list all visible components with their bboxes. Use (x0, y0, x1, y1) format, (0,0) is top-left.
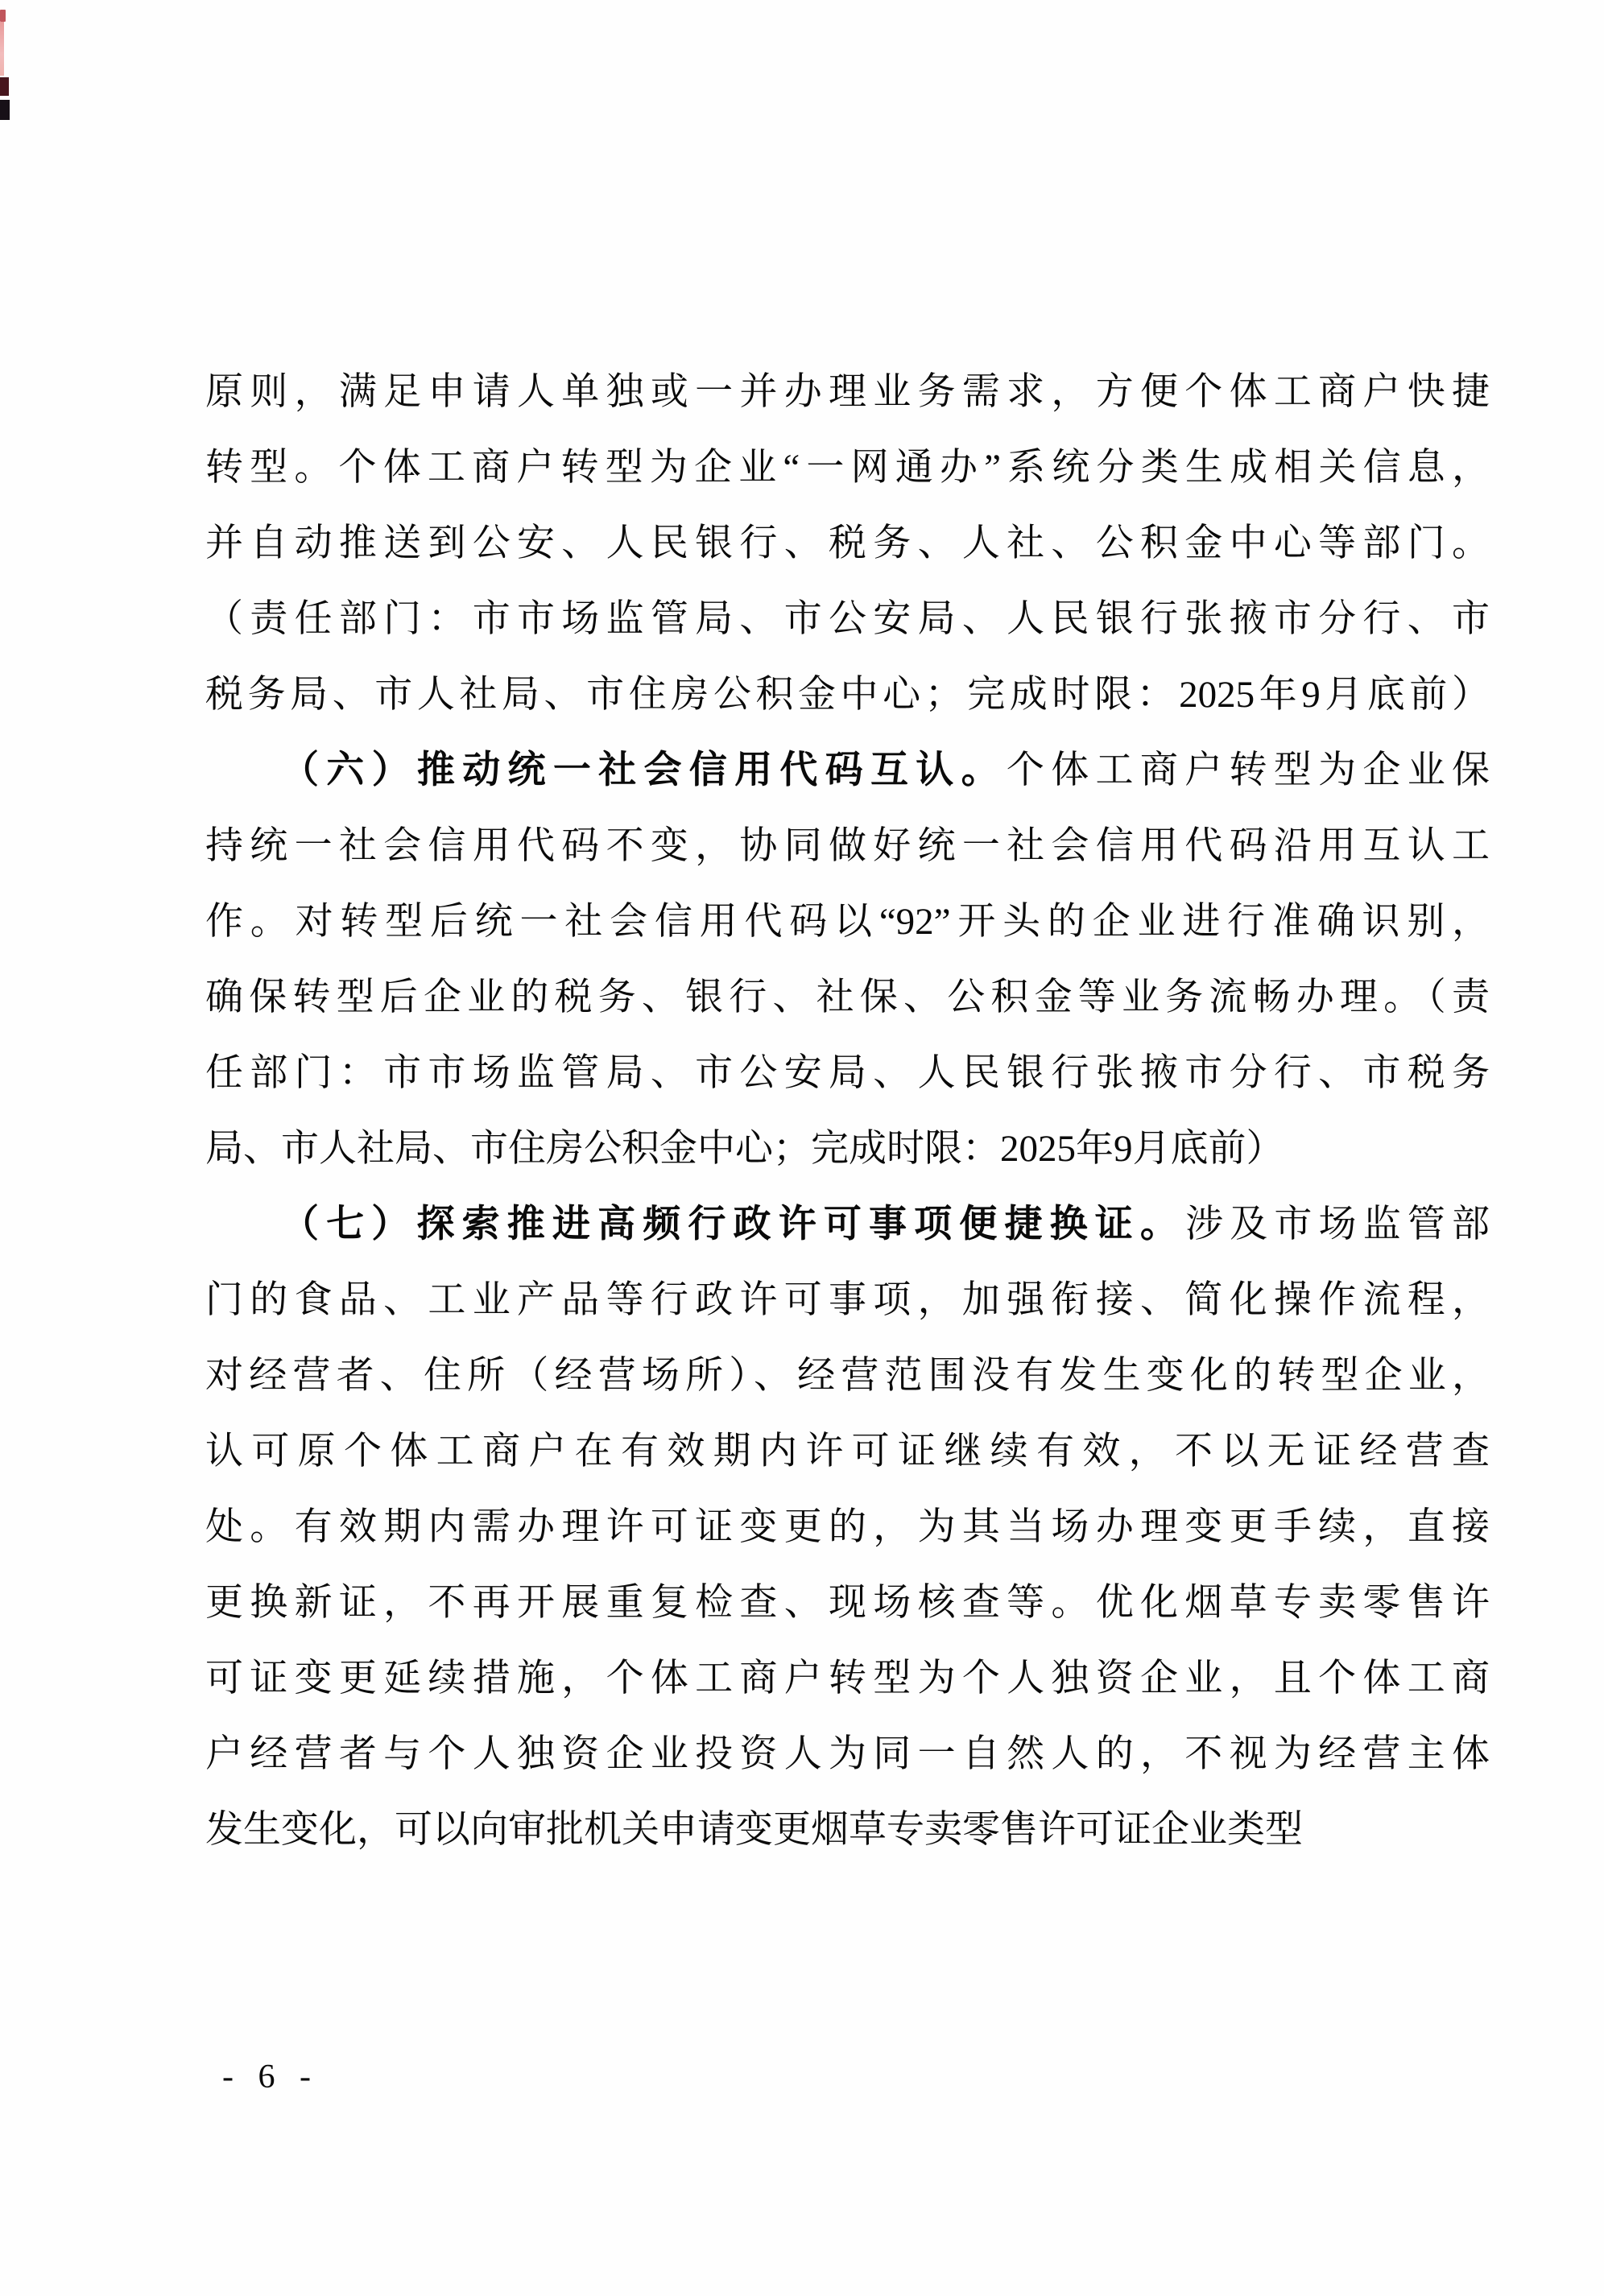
text-line: 原则，满足申请人单独或一并办理业务需求，方便个体工商户快捷 (205, 354, 1490, 430)
document-page: 原则，满足申请人单独或一并办理业务需求，方便个体工商户快捷转型。个体工商户转型为… (0, 0, 1604, 2296)
text-line: 门的食品、工业产品等行政许可事项，加强衔接、简化操作流程， (205, 1262, 1490, 1338)
body-text: 发生变化，可以向审批机关申请变更烟草专卖零售许可证企业类型 (205, 1809, 1303, 1851)
text-line: 持统一社会信用代码不变，协同做好统一社会信用代码沿用互认工 (205, 808, 1490, 884)
body-text: 涉及市场监管部 (1185, 1204, 1490, 1245)
text-line: 户经营者与个人独资企业投资人为同一自然人的，不视为经营主体 (205, 1716, 1490, 1792)
scan-edge-artifacts (0, 0, 16, 242)
dark-red-binding-mark-icon (0, 77, 9, 96)
body-text: 门的食品、工业产品等行政许可事项，加强衔接、简化操作流程， (205, 1279, 1490, 1321)
text-line: 转型。个体工商户转型为企业“一网通办”系统分类生成相关信息， (205, 430, 1490, 506)
text-line: 并自动推送到公安、人民银行、税务、人社、公积金中心等部门。 (205, 506, 1490, 581)
body-text: 持统一社会信用代码不变，协同做好统一社会信用代码沿用互认工 (205, 825, 1490, 867)
body-text: 可证变更延续措施，个体工商户转型为个人独资企业，且个体工商 (205, 1658, 1490, 1699)
black-binding-mark-icon (0, 100, 10, 120)
text-block: 原则，满足申请人单独或一并办理业务需求，方便个体工商户快捷转型。个体工商户转型为… (205, 354, 1490, 1868)
body-text: 原则，满足申请人单独或一并办理业务需求，方便个体工商户快捷 (205, 371, 1490, 413)
body-text: 作。对转型后统一社会信用代码以“92”开头的企业进行准确识别， (205, 901, 1490, 943)
body-text: 户经营者与个人独资企业投资人为同一自然人的，不视为经营主体 (205, 1733, 1490, 1775)
text-line: 可证变更延续措施，个体工商户转型为个人独资企业，且个体工商 (205, 1641, 1490, 1716)
text-line: 更换新证，不再开展重复检查、现场核查等。优化烟草专卖零售许 (205, 1565, 1490, 1641)
page-number: - 6 - (222, 2058, 319, 2096)
text-line: 处。有效期内需办理许可证变更的，为其当场办理变更手续，直接 (205, 1489, 1490, 1565)
text-line: 对经营者、住所（经营场所）、经营范围没有发生变化的转型企业， (205, 1338, 1490, 1414)
text-line: （责任部门：市市场监管局、市公安局、人民银行张掖市分行、市 (205, 581, 1490, 657)
pink-stamp-strip-icon (0, 22, 4, 76)
body-text: 转型。个体工商户转型为企业“一网通办”系统分类生成相关信息， (205, 447, 1490, 489)
body-text: 对经营者、住所（经营场所）、经营范围没有发生变化的转型企业， (205, 1355, 1490, 1397)
body-text: 个体工商户转型为企业保 (1007, 750, 1490, 791)
text-line: 发生变化，可以向审批机关申请变更烟草专卖零售许可证企业类型 (205, 1792, 1490, 1868)
text-line: （六）推动统一社会信用代码互认。个体工商户转型为企业保 (205, 733, 1490, 808)
text-line: 局、市人社局、市住房公积金中心；完成时限：2025年9月底前） (205, 1111, 1490, 1187)
body-text: （责任部门：市市场监管局、市公安局、人民银行张掖市分行、市 (205, 598, 1490, 640)
text-line: 认可原个体工商户在有效期内许可证继续有效，不以无证经营查 (205, 1414, 1490, 1489)
body-text: 确保转型后企业的税务、银行、社保、公积金等业务流畅办理。（责 (205, 977, 1490, 1018)
text-line: 确保转型后企业的税务、银行、社保、公积金等业务流畅办理。（责 (205, 960, 1490, 1035)
body-text: 税务局、市人社局、市住房公积金中心；完成时限：2025年9月底前） (205, 674, 1490, 716)
text-line: 任部门：市市场监管局、市公安局、人民银行张掖市分行、市税务 (205, 1035, 1490, 1111)
red-stamp-fragment-icon (0, 10, 6, 22)
body-text: 更换新证，不再开展重复检查、现场核查等。优化烟草专卖零售许 (205, 1582, 1490, 1624)
body-text: 局、市人社局、市住房公积金中心；完成时限：2025年9月底前） (205, 1128, 1284, 1170)
body-text: 并自动推送到公安、人民银行、税务、人社、公积金中心等部门。 (205, 522, 1490, 564)
body-text: 任部门：市市场监管局、市公安局、人民银行张掖市分行、市税务 (205, 1052, 1490, 1094)
section-heading-text: （七）探索推进高频行政许可事项便捷换证。 (281, 1204, 1185, 1245)
text-line: 税务局、市人社局、市住房公积金中心；完成时限：2025年9月底前） (205, 657, 1490, 733)
text-line: （七）探索推进高频行政许可事项便捷换证。涉及市场监管部 (205, 1187, 1490, 1262)
body-text: 认可原个体工商户在有效期内许可证继续有效，不以无证经营查 (205, 1431, 1490, 1472)
text-line: 作。对转型后统一社会信用代码以“92”开头的企业进行准确识别， (205, 884, 1490, 960)
body-text: 处。有效期内需办理许可证变更的，为其当场办理变更手续，直接 (205, 1506, 1490, 1548)
section-heading-text: （六）推动统一社会信用代码互认。 (281, 750, 1007, 791)
